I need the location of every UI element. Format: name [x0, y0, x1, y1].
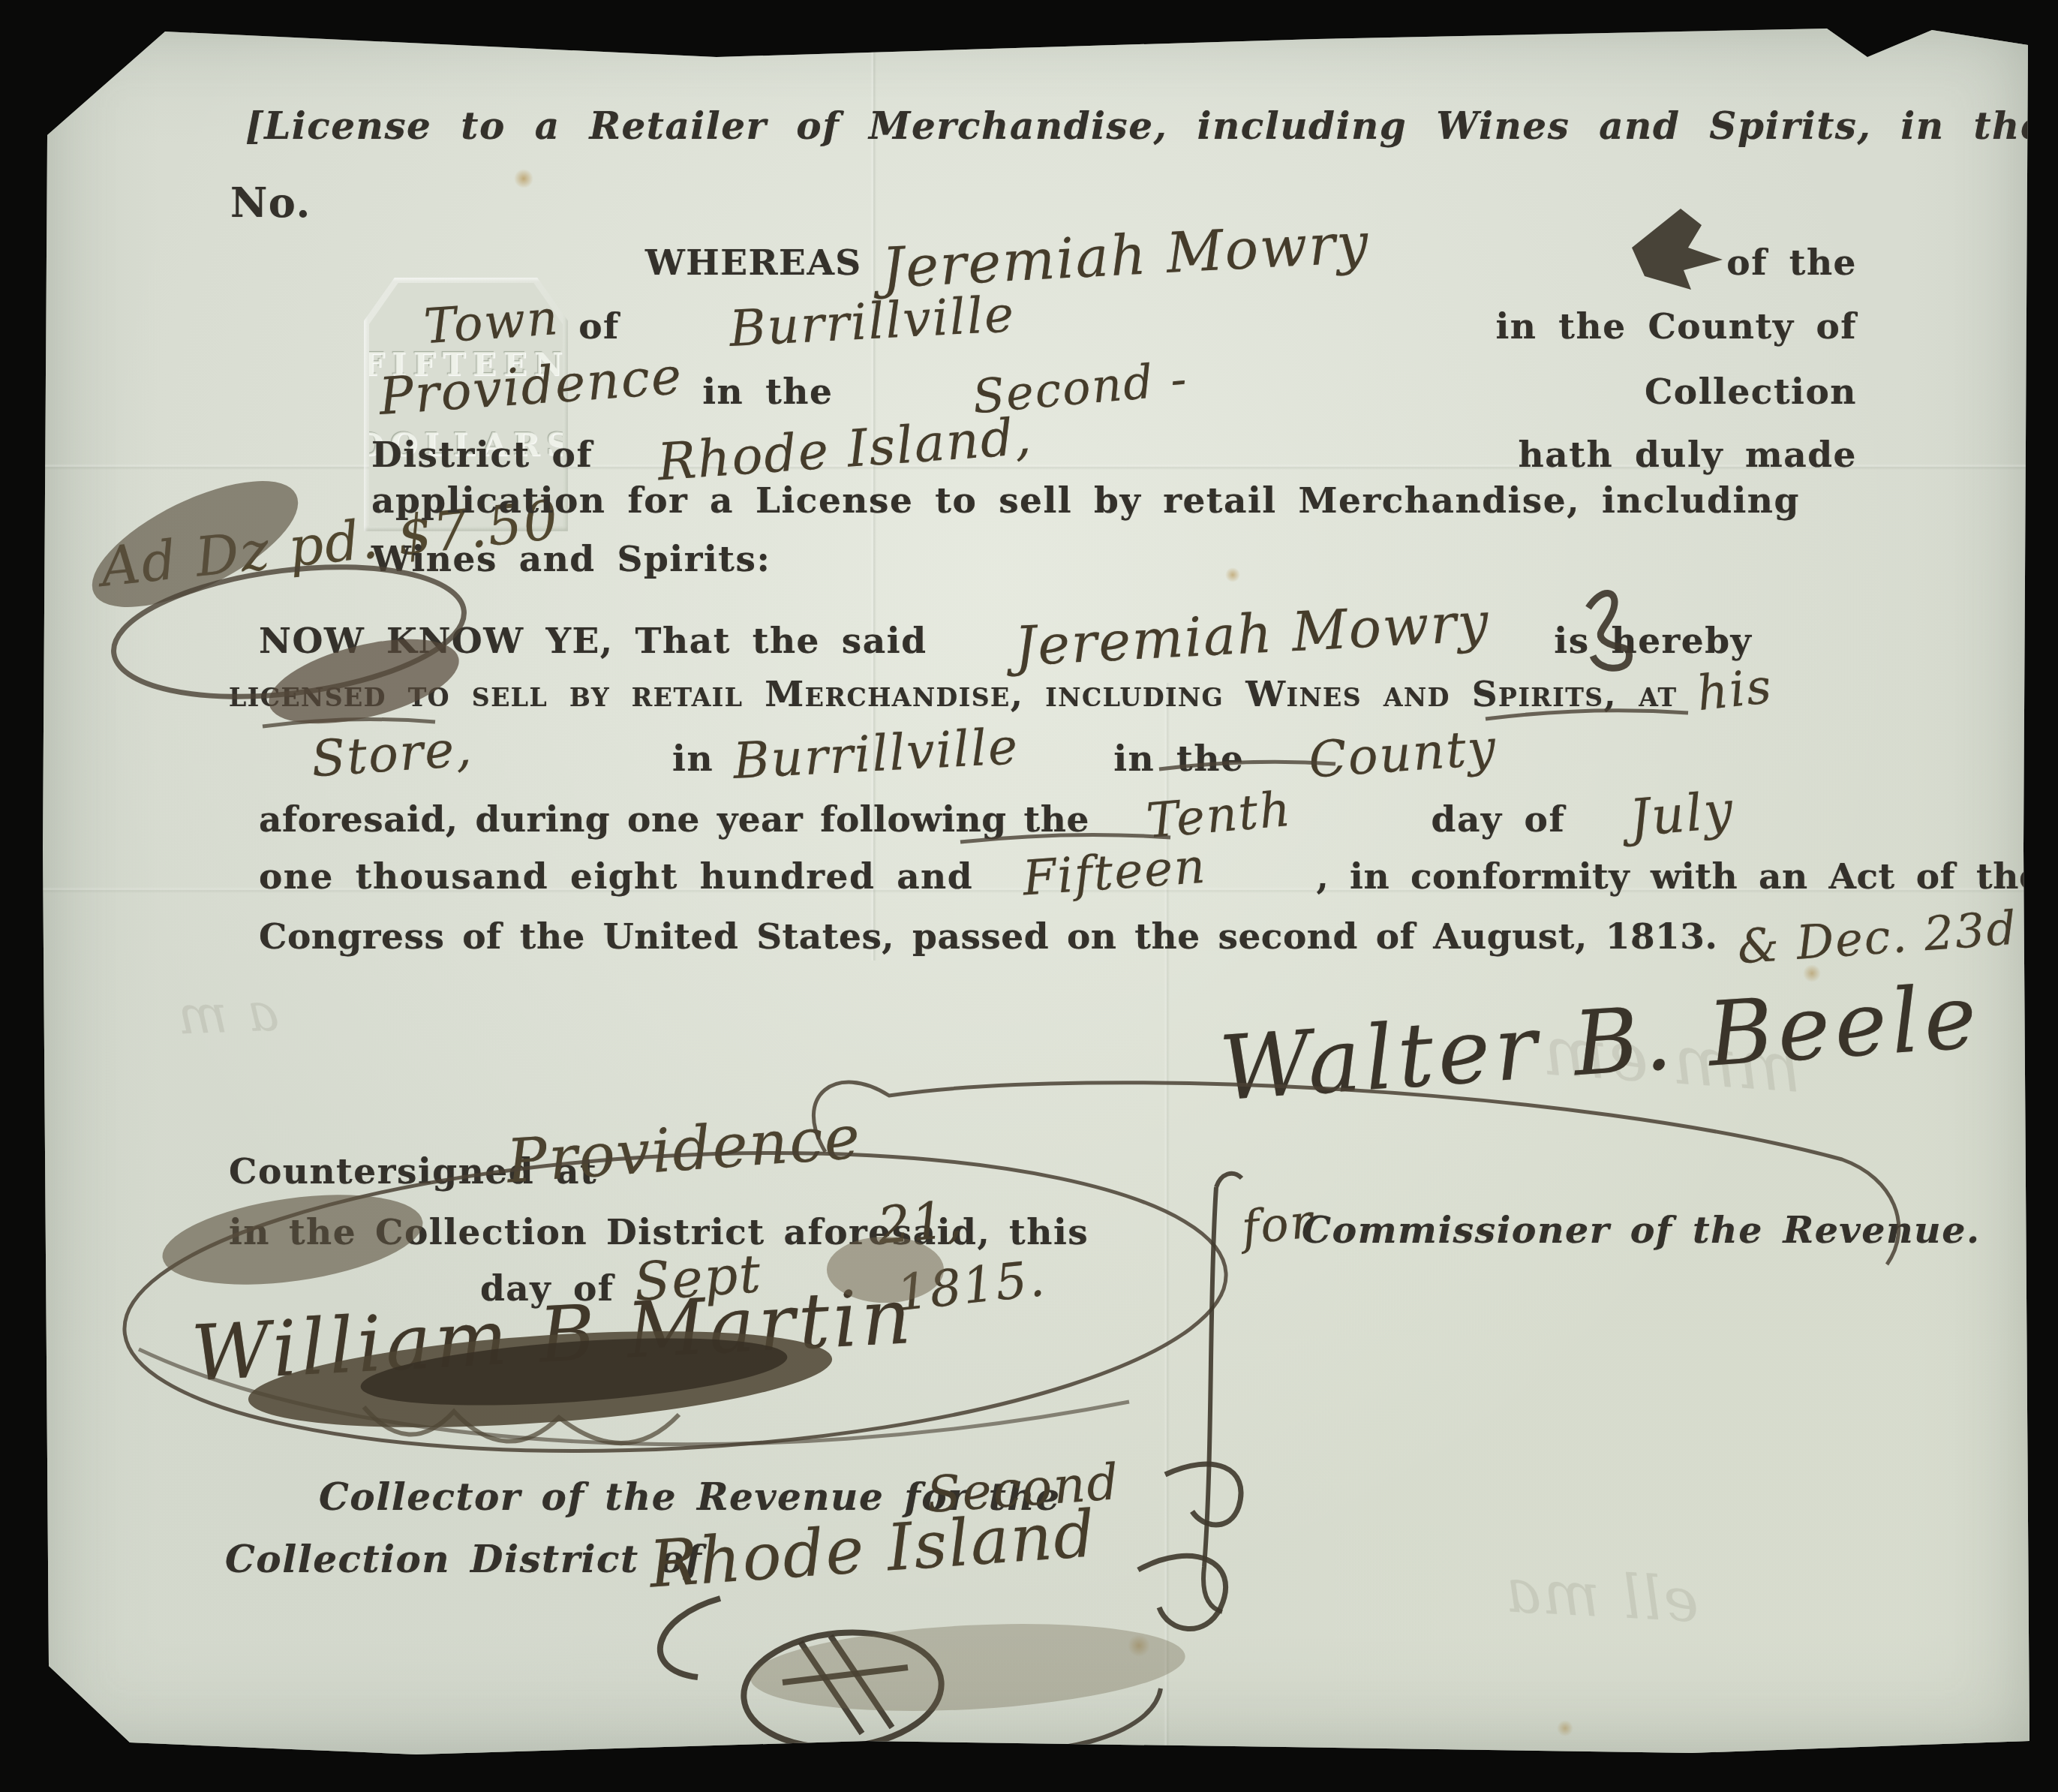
header-title: [License to a Retailer of Merchandise, i… [245, 104, 2058, 148]
ink-blot-scallop [364, 1407, 679, 1443]
whereas-label: WHEREAS [645, 242, 862, 284]
countersign-place-written: Providence [504, 1102, 864, 1197]
commissioner-signature: Walter B. Beele [1216, 964, 1984, 1121]
application-line-label: application for a License to sell by ret… [371, 480, 1800, 522]
paraph-slash-1 [801, 1642, 862, 1733]
body-line-10: aforesaid, during one year following the… [229, 785, 1857, 844]
body-line-12: Congress of the United States, passed on… [229, 905, 1857, 960]
foxing-spot [514, 169, 533, 188]
licensed-to-sell-label: licensed to sell by retail Merchandise, … [229, 674, 1678, 715]
countersign-year-written: 1815. [894, 1249, 1049, 1322]
wines-spirits-label: Wines and Spirits: [371, 539, 771, 580]
day-ordinal-written: Tenth [1144, 782, 1293, 850]
foxing-spot [1557, 1720, 1573, 1736]
county-word-written: County [1307, 718, 1499, 789]
body-line-5: application for a License to sell by ret… [229, 480, 1857, 522]
scan-background: { "document": { "title_bracket": "[Licen… [0, 0, 2058, 1792]
collector-signature: William B Martin [190, 1272, 917, 1399]
commissioner-of-revenue-label: Commissioner of the Revenue. [1302, 1208, 1980, 1252]
congress-label: Congress of the United States, passed on… [259, 916, 1717, 958]
now-know-ye-label: NOW KNOW YE, That the said [259, 621, 927, 662]
of-the-label: of the [1726, 242, 1857, 284]
in-label: in [672, 738, 714, 780]
countersign-day-written: 21, [876, 1189, 966, 1256]
town-name-written: Burrillville [728, 285, 1017, 358]
month-written: July [1627, 780, 1737, 849]
licensee-name-written: Jeremiah Mowry [880, 211, 1371, 301]
aforesaid-label: aforesaid, during one year following the [259, 799, 1089, 840]
hath-duly-made-label: hath duly made [1519, 434, 1857, 476]
year-word-written: Fifteen [1021, 839, 1209, 907]
collection-district-of-label: Collection District of [225, 1537, 702, 1581]
body-line-1: WHEREAS Jeremiah Mowry of the [229, 224, 1898, 288]
his-written: his [1694, 659, 1775, 722]
body-line-2: Town of Burrillville in the County of [229, 293, 1872, 350]
show-through-ghost: ell ma [1503, 1556, 1701, 1635]
paraph-smear [748, 1614, 1187, 1721]
district-of-label: District of [371, 434, 593, 476]
show-through-ghost: a m [176, 982, 280, 1047]
town-name-written-2: Burrillville [732, 717, 1020, 790]
license-number-label: No. [230, 179, 311, 227]
pen-vertical-line [1203, 1187, 1222, 1612]
pen-hook-rhode-island [1138, 1556, 1226, 1628]
body-text-block: WHEREAS Jeremiah Mowry of the Town of Bu… [229, 224, 1857, 974]
conformity-label: , in conformity with an Act of the [1316, 856, 2041, 898]
is-hereby-label: is hereby [1554, 621, 1752, 662]
in-the-label-2: in the [1113, 738, 1244, 780]
pen-vertical-hook-top [1216, 1174, 1242, 1187]
body-line-11: one thousand eight hundred and Fifteen ,… [229, 845, 1857, 901]
paraph-crossbar [783, 1667, 908, 1682]
store-written: Store, [310, 720, 475, 789]
paraph-oval [739, 1625, 946, 1755]
body-line-6: Wines and Spirits: [229, 539, 1857, 580]
body-line-7: NOW KNOW YE, That the said Jeremiah Mowr… [229, 603, 1857, 666]
paraph-slash-2 [831, 1636, 892, 1727]
town-word-written: Town [422, 290, 561, 355]
of-label: of [578, 306, 620, 347]
body-line-4: District of Rhode Island, hath duly made [229, 420, 1872, 480]
in-the-label: in the [702, 371, 833, 413]
day-of-label: day of [1432, 799, 1566, 840]
body-line-3: Providence in the Second - Collection [229, 357, 1876, 416]
county-name-written: Providence [377, 347, 685, 427]
one-thousand-label: one thousand eight hundred and [259, 856, 973, 898]
paraph-tail [940, 1688, 1161, 1751]
pen-hook-second [1165, 1464, 1241, 1525]
body-line-8: licensed to sell by retail Merchandise, … [229, 663, 1857, 718]
body-line-9: Store, in Burrillville in the County [229, 725, 1857, 783]
county-of-label: in the County of [1495, 306, 1857, 347]
foxing-spot [1128, 1634, 1150, 1657]
collection-label: Collection [1645, 371, 1857, 413]
document-paper: FIFTEEN DOLLARS [License to a Retailer o… [41, 23, 2029, 1756]
act-date-written: & Dec. 23d 1814 [1736, 891, 2058, 975]
paraph-c-curve [660, 1598, 720, 1677]
